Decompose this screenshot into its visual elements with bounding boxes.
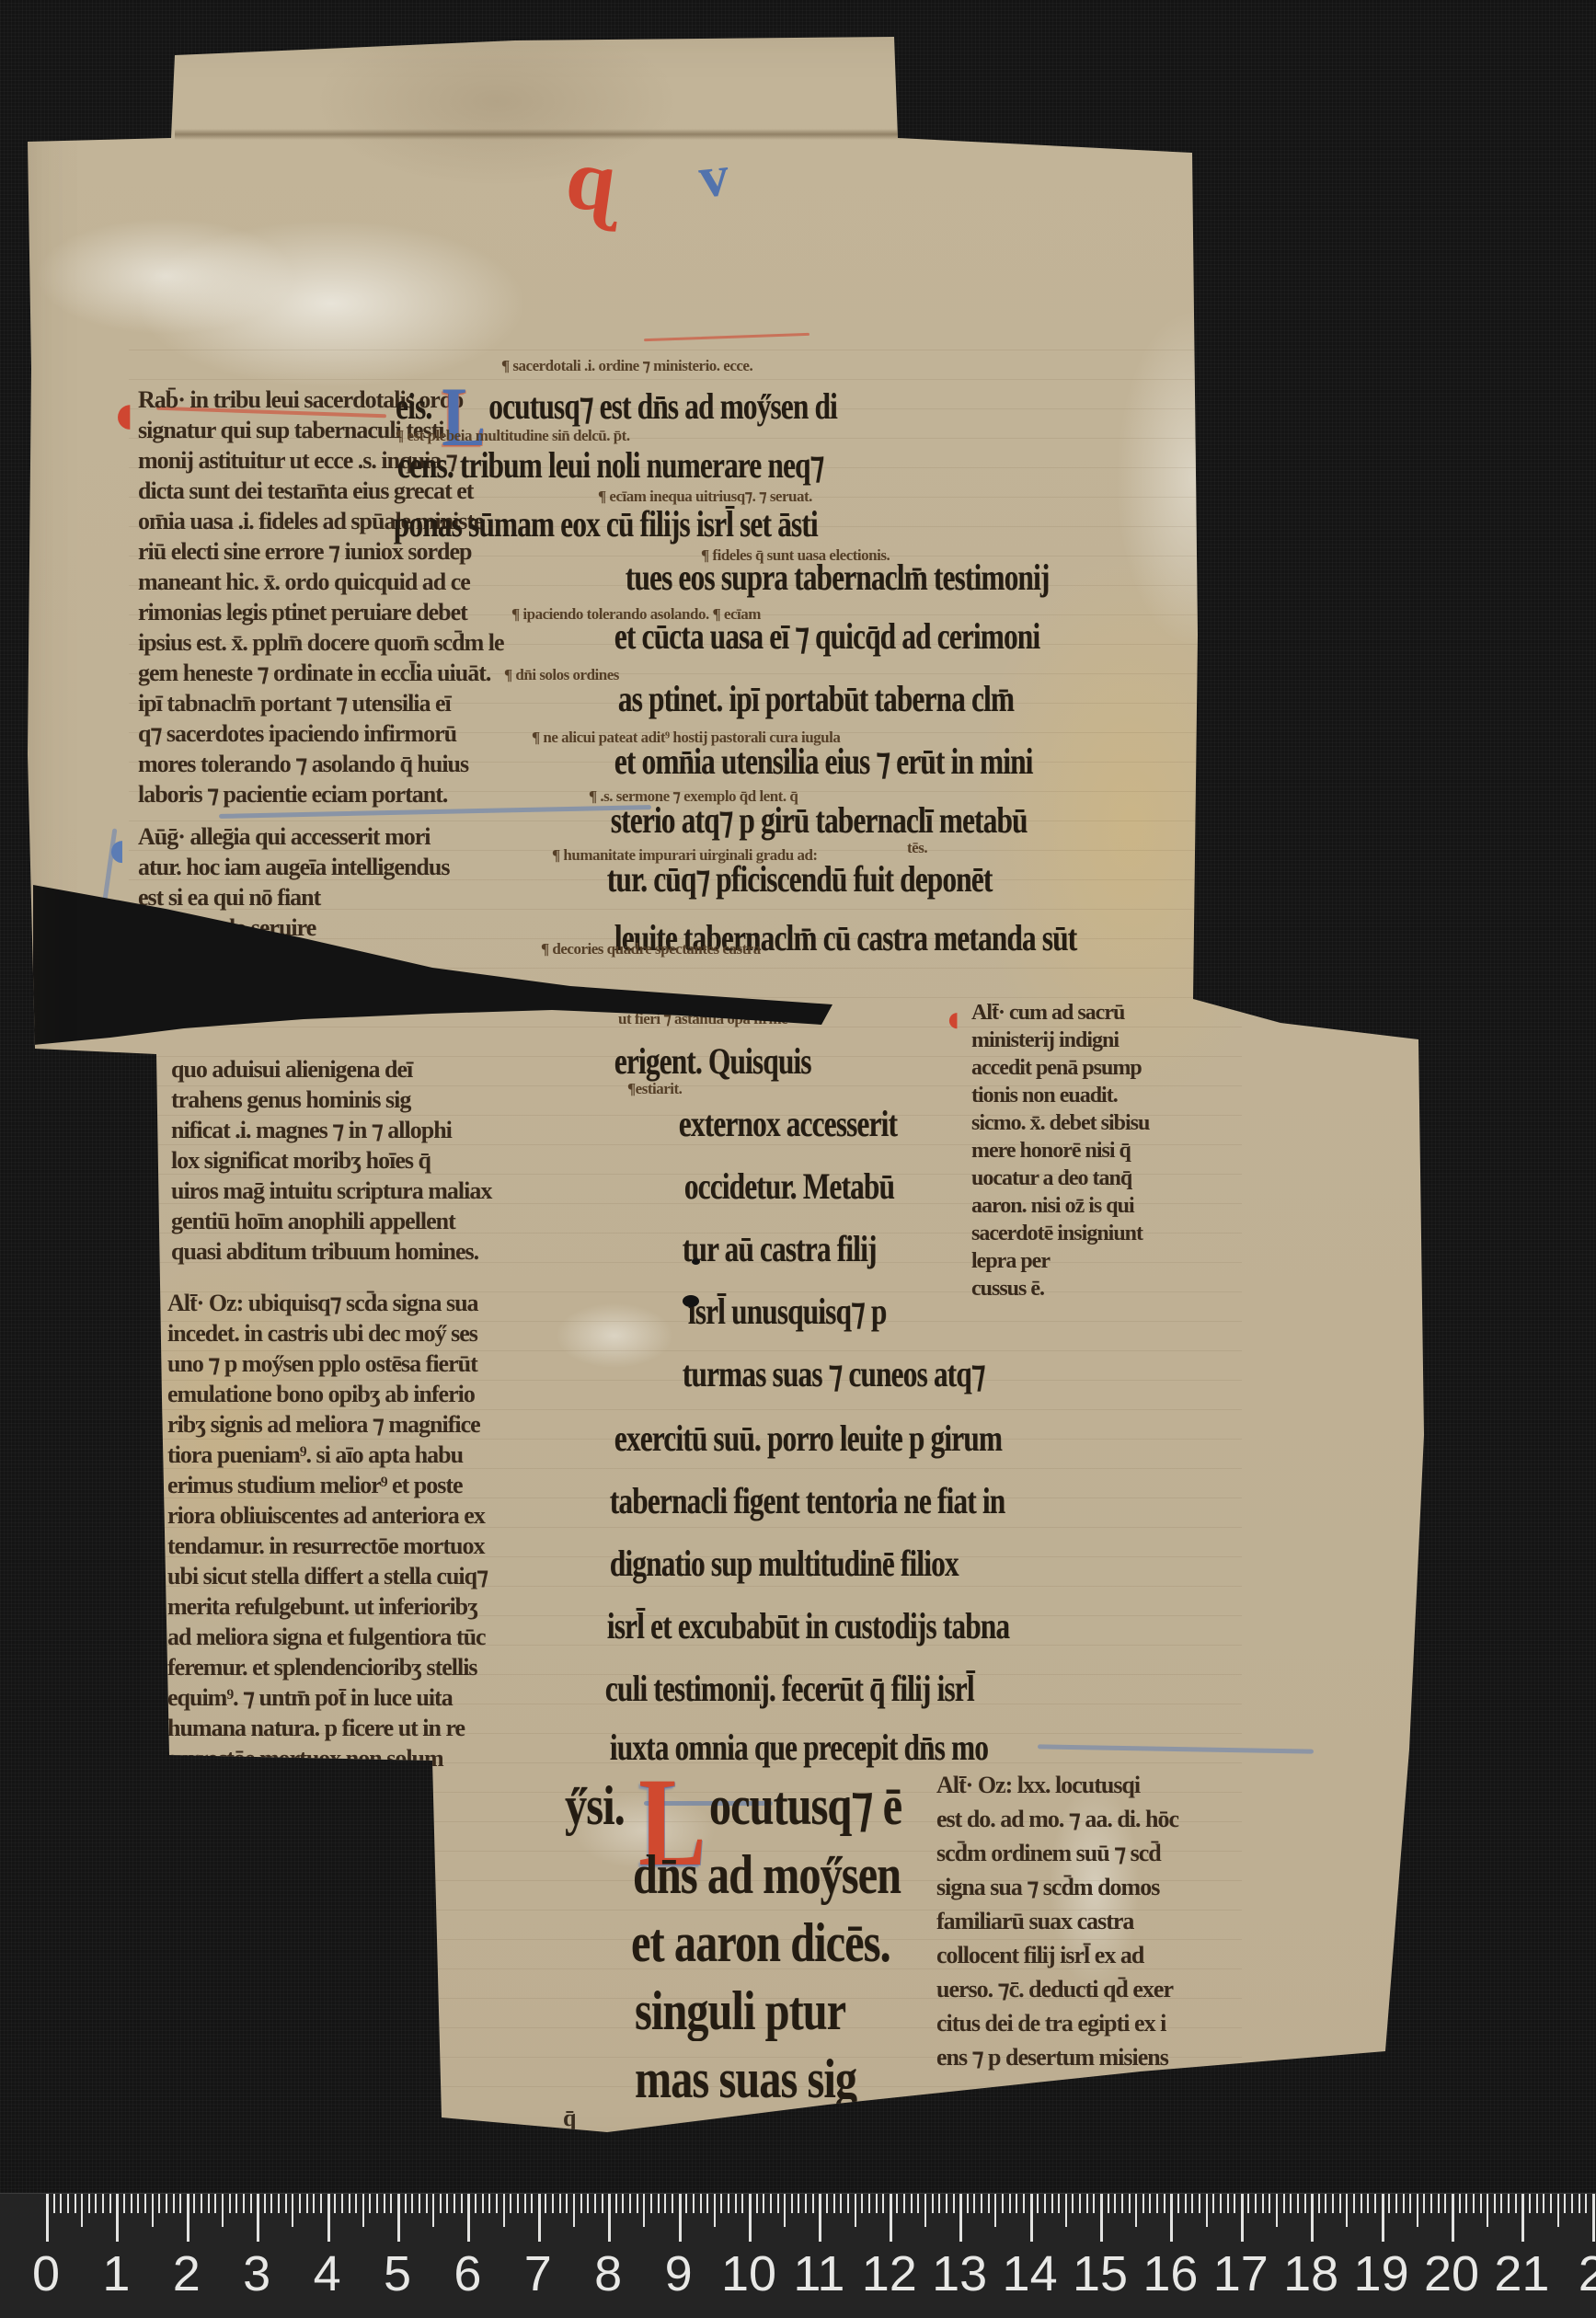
ruler-tick — [1332, 2194, 1334, 2213]
measurement-ruler: 01234567891011121314151617181920212 — [0, 2193, 1596, 2318]
ruler-number: 10 — [721, 2245, 776, 2302]
ruler-tick — [615, 2194, 617, 2213]
ruler-tick — [559, 2194, 561, 2213]
ruler-tick — [1276, 2194, 1278, 2227]
ruler-tick — [517, 2194, 519, 2213]
ruler-number: 17 — [1213, 2245, 1269, 2302]
ruler-number: 18 — [1283, 2245, 1338, 2302]
ruler-tick — [1164, 2194, 1165, 2213]
ruler-tick — [896, 2194, 898, 2213]
ruler-tick — [1304, 2194, 1306, 2213]
ruler-number: 11 — [793, 2245, 844, 2302]
ruler-tick — [1409, 2194, 1411, 2213]
ruler-tick — [1557, 2194, 1559, 2227]
ruler-tick — [1185, 2194, 1187, 2213]
ruler-number: 7 — [524, 2245, 552, 2302]
ruler-number: 2 — [173, 2245, 201, 2302]
ruler-tick — [320, 2194, 322, 2213]
ruler-tick — [706, 2194, 708, 2213]
ruler-tick — [390, 2194, 392, 2213]
ruler-tick — [278, 2194, 280, 2213]
ruler-tick — [510, 2194, 511, 2213]
ruler-tick — [1550, 2194, 1552, 2213]
ruler-tick — [46, 2194, 49, 2242]
ruler-tick — [376, 2194, 378, 2213]
ruler-tick — [573, 2194, 575, 2227]
ruler-tick — [475, 2194, 477, 2213]
ruler-tick — [1016, 2194, 1017, 2213]
ruler-tick — [292, 2194, 293, 2227]
ruler-tick — [1430, 2194, 1432, 2213]
ruler-tick — [1030, 2194, 1033, 2242]
ruler-tick — [981, 2194, 982, 2213]
ruler-tick — [1395, 2194, 1397, 2213]
ruler-tick — [1156, 2194, 1158, 2213]
ruler-tick — [109, 2194, 111, 2213]
ruler-number: 21 — [1494, 2245, 1549, 2302]
ruler-tick — [397, 2194, 400, 2242]
ruler-tick — [1367, 2194, 1369, 2213]
ruler-tick — [419, 2194, 420, 2213]
ruler-tick — [467, 2194, 470, 2242]
ruler-tick — [1452, 2194, 1454, 2242]
ruler-number: 12 — [862, 2245, 917, 2302]
ruler-tick — [1529, 2194, 1531, 2213]
ruler-tick — [1051, 2194, 1053, 2213]
ruler-tick — [566, 2194, 568, 2213]
ruler-tick — [166, 2194, 167, 2213]
ruler-tick — [784, 2194, 786, 2227]
ruler-tick — [791, 2194, 793, 2213]
ruler-tick — [812, 2194, 814, 2213]
ruler-tick — [116, 2194, 119, 2242]
ruler-tick — [187, 2194, 189, 2242]
ruler-tick — [1058, 2194, 1060, 2213]
ruler-number: 15 — [1073, 2245, 1128, 2302]
ruler-tick — [594, 2194, 596, 2213]
ruler-tick — [524, 2194, 526, 2213]
ruler-tick — [81, 2194, 83, 2227]
ruler-tick — [1220, 2194, 1222, 2213]
ruler-tick — [1388, 2194, 1390, 2213]
ruler-tick — [1262, 2194, 1264, 2213]
ruler-tick — [369, 2194, 371, 2213]
ruler-tick — [1023, 2194, 1025, 2213]
ruler-tick — [152, 2194, 154, 2227]
ruler-tick — [123, 2194, 125, 2213]
ruler-tick — [882, 2194, 884, 2213]
ruler-tick — [531, 2194, 533, 2213]
ruler-tick — [1382, 2194, 1384, 2242]
ruler-tick — [426, 2194, 428, 2213]
ruler-tick — [88, 2194, 90, 2213]
ruler-tick — [855, 2194, 856, 2227]
ruler-number: 4 — [314, 2245, 341, 2302]
ruler-tick — [1592, 2194, 1595, 2242]
ruler-tick — [1579, 2194, 1580, 2213]
ruler-tick — [362, 2194, 364, 2227]
ruler-tick — [75, 2194, 76, 2213]
ruler-tick — [602, 2194, 603, 2213]
ruler-tick — [658, 2194, 660, 2213]
ruler-tick — [1283, 2194, 1285, 2213]
ruler-tick — [270, 2194, 272, 2213]
ruler-tick — [1177, 2194, 1179, 2213]
ruler-tick — [1297, 2194, 1299, 2213]
ruler-tick — [243, 2194, 245, 2213]
ruler-tick — [201, 2194, 202, 2213]
ruler-number: 3 — [243, 2245, 270, 2302]
ruler-tick — [1311, 2194, 1314, 2242]
ruler-tick — [496, 2194, 498, 2213]
ruler-tick — [833, 2194, 835, 2213]
ruler-tick — [1079, 2194, 1081, 2213]
ruler-tick — [250, 2194, 252, 2213]
paraph-mark: ◖ — [134, 1288, 159, 1328]
ruler-tick — [488, 2194, 490, 2213]
ruler-tick — [1521, 2194, 1524, 2242]
ruler-tick — [1500, 2194, 1502, 2213]
ruler-tick — [959, 2194, 962, 2242]
ruler-tick — [770, 2194, 772, 2213]
ruler-tick — [299, 2194, 301, 2213]
ruler-tick — [622, 2194, 624, 2213]
ruler-tick — [454, 2194, 455, 2213]
ruler-tick — [158, 2194, 160, 2213]
ruler-tick — [1072, 2194, 1074, 2213]
ruler-tick — [1065, 2194, 1067, 2227]
ruler-tick — [1585, 2194, 1587, 2213]
ruler-tick — [587, 2194, 589, 2213]
ruler-tick — [1241, 2194, 1244, 2242]
ruler-tick — [637, 2194, 638, 2213]
ruler-tick — [1009, 2194, 1011, 2213]
ruler-tick — [1417, 2194, 1418, 2227]
ruler-tick — [735, 2194, 737, 2213]
photo-background: ɋv ◖◖◖◖ Rab̄· in tribu leui sacerdotalis… — [0, 0, 1596, 2318]
ruler-tick — [805, 2194, 807, 2213]
ruler-tick — [1044, 2194, 1046, 2213]
ruler-number: 9 — [665, 2245, 693, 2302]
ruler-tick — [327, 2194, 330, 2242]
ruler-number: 19 — [1354, 2245, 1409, 2302]
ruler-tick — [214, 2194, 216, 2213]
ruler-tick — [1444, 2194, 1446, 2213]
ruler-tick — [1459, 2194, 1461, 2213]
ruler-tick — [179, 2194, 181, 2213]
ruler-tick — [1255, 2194, 1257, 2213]
ruler-tick — [1543, 2194, 1544, 2213]
ruler-tick — [1361, 2194, 1362, 2213]
ruler-tick — [1191, 2194, 1193, 2213]
ruler-tick — [60, 2194, 62, 2213]
ruler-number: 8 — [594, 2245, 622, 2302]
ruler-tick — [1206, 2194, 1208, 2227]
ruler-tick — [728, 2194, 729, 2213]
ruler-tick — [1121, 2194, 1123, 2213]
ruler-tick — [741, 2194, 743, 2213]
ruler-number: 0 — [32, 2245, 60, 2302]
ruler-tick — [1093, 2194, 1095, 2213]
ruler-tick — [1247, 2194, 1249, 2213]
ruler-tick — [173, 2194, 175, 2213]
ruler-tick — [756, 2194, 758, 2213]
ruler-tick — [777, 2194, 779, 2213]
ruler-tick — [840, 2194, 842, 2213]
ruler-tick — [503, 2194, 505, 2227]
ruler-tick — [1465, 2194, 1467, 2213]
ruler-number: 5 — [384, 2245, 411, 2302]
ruler-tick — [847, 2194, 849, 2213]
ruler-tick — [1086, 2194, 1088, 2213]
ruler-tick — [826, 2194, 828, 2213]
ruler-tick — [1494, 2194, 1496, 2213]
ruler-tick — [1290, 2194, 1292, 2213]
ruler-tick — [580, 2194, 582, 2213]
ruler-tick — [334, 2194, 336, 2213]
ruler-tick — [917, 2194, 919, 2213]
ruler-tick — [1487, 2194, 1488, 2227]
ruler-tick — [1438, 2194, 1440, 2213]
ruler-tick — [988, 2194, 990, 2213]
ruler-tick — [222, 2194, 224, 2227]
ruler-tick — [1108, 2194, 1109, 2213]
ruler-tick — [679, 2194, 682, 2242]
ruler-tick — [313, 2194, 315, 2213]
ruler-tick — [1037, 2194, 1039, 2213]
ruler-tick — [967, 2194, 969, 2213]
ruler-number: 6 — [454, 2245, 481, 2302]
ruler-tick — [1199, 2194, 1200, 2213]
ruler-tick — [973, 2194, 975, 2213]
ruler-tick — [193, 2194, 195, 2213]
ruler-number: 16 — [1142, 2245, 1198, 2302]
ruler-tick — [95, 2194, 97, 2213]
ruler-tick — [1227, 2194, 1229, 2213]
ruler-tick — [861, 2194, 863, 2213]
ruler-tick — [1325, 2194, 1326, 2213]
ruler-tick — [994, 2194, 996, 2227]
ruler-tick — [1212, 2194, 1214, 2213]
ruler-tick — [1473, 2194, 1475, 2213]
ruler-tick — [608, 2194, 611, 2242]
ruler-tick — [911, 2194, 913, 2213]
ruler-tick — [446, 2194, 448, 2213]
ruler-tick — [1536, 2194, 1538, 2213]
ruler-tick — [763, 2194, 764, 2213]
ruler-tick — [1170, 2194, 1173, 2242]
ruler-tick — [1269, 2194, 1270, 2213]
ruler-tick — [664, 2194, 666, 2213]
ruler-tick — [798, 2194, 799, 2213]
ruler-tick — [1346, 2194, 1348, 2227]
ruler-tick — [672, 2194, 673, 2213]
ruler-number: 13 — [932, 2245, 987, 2302]
ruler-number: 14 — [1003, 2245, 1058, 2302]
ruler-tick — [538, 2194, 541, 2242]
ruler-tick — [953, 2194, 955, 2213]
ruler-tick — [552, 2194, 554, 2213]
ruler-number: 1 — [102, 2245, 130, 2302]
ruler-tick — [1129, 2194, 1131, 2213]
ruler-tick — [1002, 2194, 1004, 2213]
ruler-tick — [137, 2194, 139, 2213]
ruler-tick — [1571, 2194, 1573, 2213]
ruler-tick — [643, 2194, 645, 2227]
ruler-tick — [482, 2194, 484, 2213]
ruler-number: 2 — [1579, 2245, 1596, 2302]
ruler-tick — [876, 2194, 878, 2213]
ruler-tick — [264, 2194, 266, 2213]
ruler-tick — [355, 2194, 357, 2213]
ruler-tick — [1135, 2194, 1137, 2227]
ruler-tick — [285, 2194, 287, 2213]
ruler-tick — [868, 2194, 870, 2213]
ruler-tick — [749, 2194, 752, 2242]
ruler-tick — [102, 2194, 104, 2213]
ruler-tick — [693, 2194, 695, 2213]
ruler-tick — [341, 2194, 343, 2213]
ruler-tick — [720, 2194, 722, 2213]
manuscript-leaf: ɋv ◖◖◖◖ Rab̄· in tribu leui sacerdotalis… — [0, 0, 1596, 2194]
ruler-tick — [1339, 2194, 1341, 2213]
ruler-tick — [1114, 2194, 1116, 2213]
ruler-tick — [432, 2194, 434, 2227]
ruler-tick — [714, 2194, 716, 2227]
ruler-tick — [1100, 2194, 1103, 2242]
ruler-tick — [208, 2194, 210, 2213]
ruler-tick — [1353, 2194, 1355, 2213]
ruler-tick — [461, 2194, 463, 2213]
ruler-tick — [1142, 2194, 1144, 2213]
ruler-tick — [405, 2194, 407, 2213]
ruler-tick — [685, 2194, 687, 2213]
ruler-tick — [1374, 2194, 1376, 2213]
ruler-tick — [932, 2194, 934, 2213]
ruler-tick — [1564, 2194, 1566, 2213]
ruler-tick — [924, 2194, 926, 2227]
ruler-tick — [819, 2194, 821, 2242]
ruler-tick — [545, 2194, 546, 2213]
leaf-edge-shading — [0, 0, 1596, 2194]
ruler-tick — [1149, 2194, 1151, 2213]
ruler-tick — [938, 2194, 940, 2213]
ruler-tick — [1508, 2194, 1510, 2213]
ruler-tick — [144, 2194, 146, 2213]
ruler-tick — [67, 2194, 69, 2213]
ruler-tick — [229, 2194, 231, 2213]
ruler-tick — [1403, 2194, 1405, 2213]
ruler-tick — [1515, 2194, 1517, 2213]
ruler-tick — [890, 2194, 892, 2242]
ruler-tick — [306, 2194, 308, 2213]
ruler-tick — [131, 2194, 132, 2213]
ruler-tick — [411, 2194, 413, 2213]
ruler-number: 20 — [1424, 2245, 1479, 2302]
ruler-tick — [235, 2194, 237, 2213]
ruler-tick — [1423, 2194, 1425, 2213]
ruler-tick — [440, 2194, 442, 2213]
ruler-tick — [700, 2194, 702, 2213]
ruler-tick — [1480, 2194, 1482, 2213]
ruler-tick — [384, 2194, 385, 2213]
ruler-tick — [1234, 2194, 1235, 2213]
ruler-tick — [650, 2194, 652, 2213]
ruler-tick — [1318, 2194, 1320, 2213]
ruler-tick — [629, 2194, 631, 2213]
ruler-tick — [257, 2194, 259, 2242]
ruler-tick — [903, 2194, 905, 2213]
ruler-tick — [53, 2194, 55, 2213]
ruler-tick — [946, 2194, 947, 2213]
ruler-tick — [349, 2194, 350, 2213]
